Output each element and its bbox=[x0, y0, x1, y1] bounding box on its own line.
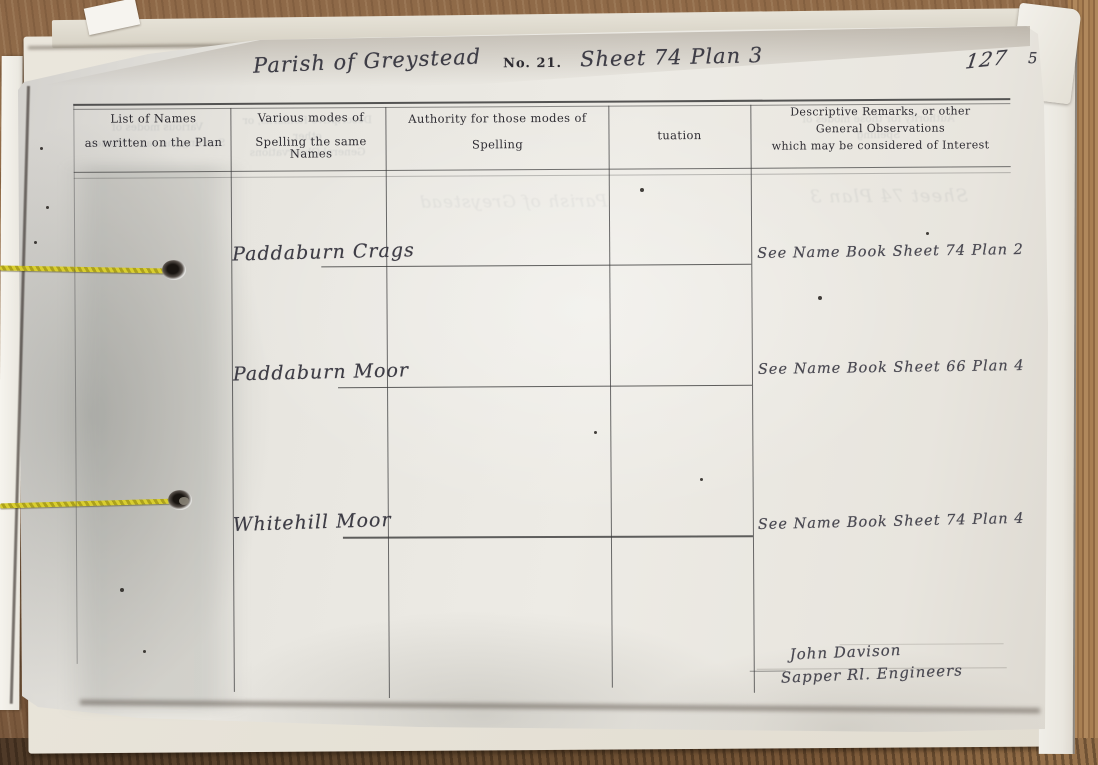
sheet-number-label: No. 21. bbox=[503, 57, 562, 72]
entry-remark: See Name Book Sheet 74 Plan 2 bbox=[757, 242, 1024, 262]
table-header-bottom-rule bbox=[74, 166, 1011, 173]
bleed-through-handwriting: Sheet 74 Plan 3 bbox=[809, 182, 968, 210]
bleed-line: Descriptive Remarks, or other bbox=[231, 113, 383, 145]
bleed-through-handwriting: Parish of Greystead bbox=[419, 190, 608, 217]
next-page-number: 5 bbox=[1028, 49, 1039, 67]
entry-rule bbox=[343, 535, 753, 538]
page-content: Parish of Greystead No. 21. Sheet 74 Pla… bbox=[0, 0, 1098, 765]
bleed-through-text: Authority for those modes of Spelling bbox=[758, 111, 998, 144]
signature-rank: Sapper Rl. Engineers bbox=[780, 661, 963, 686]
table-header-bottom-rule-2 bbox=[74, 172, 1011, 179]
signature-name: John Davison bbox=[789, 641, 901, 664]
column-header-situation: tuation bbox=[610, 129, 748, 142]
entry-name: Whitehill Moor bbox=[233, 509, 392, 536]
column-divider-3 bbox=[608, 106, 613, 688]
page-number: 127 bbox=[964, 45, 1009, 73]
sheet-plan-title: Sheet 74 Plan 3 bbox=[580, 43, 764, 71]
bleed-through-text: Various modes of Spelling the same Names bbox=[83, 120, 231, 152]
table-left-border bbox=[73, 104, 77, 664]
column-divider-1 bbox=[230, 108, 235, 692]
column-header-line: tuation bbox=[610, 129, 748, 142]
entry-name: Paddaburn Moor bbox=[233, 359, 410, 385]
bleed-line: Various modes of bbox=[83, 120, 231, 137]
entry-remark: See Name Book Sheet 66 Plan 4 bbox=[758, 358, 1025, 378]
bleed-through-text: Descriptive Remarks, or other General Ob… bbox=[231, 113, 383, 161]
bleed-line: Authority for those modes of bbox=[758, 111, 998, 128]
column-divider-2 bbox=[385, 107, 390, 698]
bleed-line: Spelling bbox=[758, 127, 998, 144]
column-divider-4 bbox=[750, 105, 755, 693]
column-header-authority: Authority for those modes of Spelling bbox=[391, 112, 603, 152]
bleed-line: Spelling the same Names bbox=[83, 136, 231, 153]
parish-title: Parish of Greystead bbox=[253, 44, 482, 77]
entry-rule bbox=[338, 385, 752, 389]
photographed-ledger-page: Parish of Greystead No. 21. Sheet 74 Pla… bbox=[0, 0, 1098, 765]
bleed-line: General Observations bbox=[232, 145, 384, 162]
column-header-line: Spelling bbox=[392, 137, 604, 151]
column-header-line: Authority for those modes of bbox=[391, 112, 603, 126]
entry-name: Paddaburn Crags bbox=[232, 239, 415, 265]
entry-remark: See Name Book Sheet 74 Plan 4 bbox=[758, 511, 1025, 533]
